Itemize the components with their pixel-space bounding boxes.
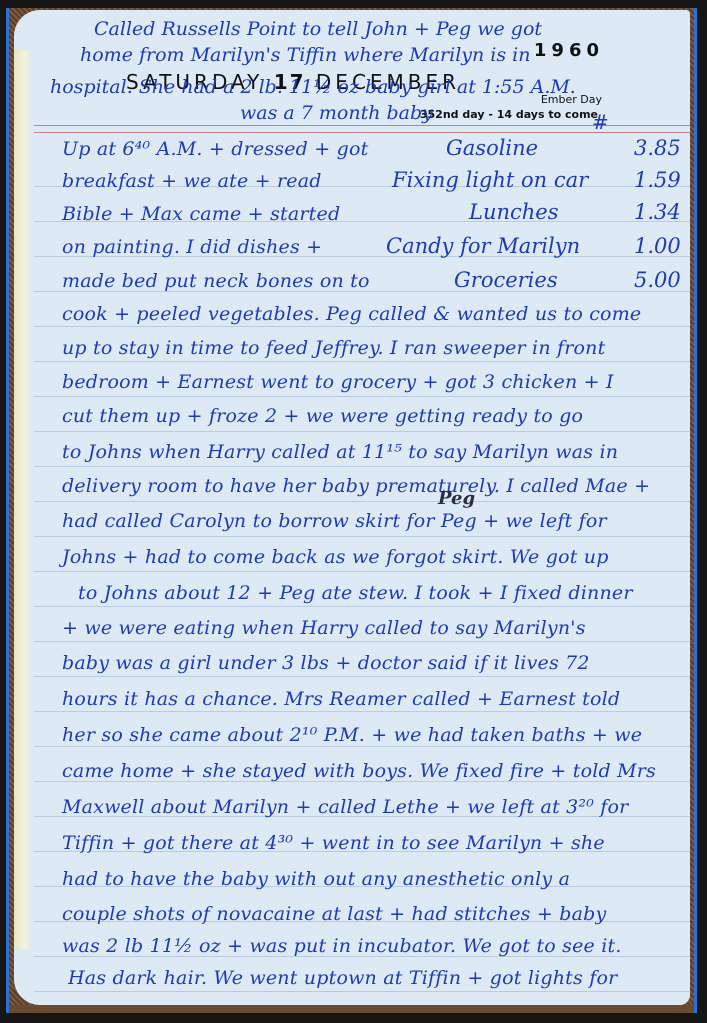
expense-amount: 1.59 xyxy=(634,168,681,192)
entry-line: had called Carolyn to borrow skirt for P… xyxy=(62,510,607,532)
header-note-line: Called Russells Point to tell John + Peg… xyxy=(94,18,542,40)
entry-line: on painting. I did dishes + xyxy=(62,236,322,258)
diary-page: 1960 SATURDAY 17 DECEMBER Ember Day 352n… xyxy=(14,10,690,1005)
entry-line: Up at 6⁴⁰ A.M. + dressed + got xyxy=(62,138,368,160)
entry-line: had to have the baby with out any anesth… xyxy=(62,868,570,890)
margin-mark: # xyxy=(592,110,609,134)
entry-line: Bible + Max came + started xyxy=(62,203,340,225)
entry-line: Johns + had to come back as we forgot sk… xyxy=(62,546,609,568)
entry-line: her so she came about 2¹⁰ P.M. + we had … xyxy=(62,724,642,746)
header-note-line: hospital. She had a 2 lb. 11½ oz baby gi… xyxy=(50,76,576,98)
entry-line: came home + she stayed with boys. We fix… xyxy=(62,760,656,782)
header-note-line: was a 7 month baby xyxy=(240,102,433,124)
entry-line: up to stay in time to feed Jeffrey. I ra… xyxy=(62,337,605,359)
expense-amount: 1.34 xyxy=(634,200,681,224)
entry-line: was 2 lb 11½ oz + was put in incubator. … xyxy=(62,935,622,957)
entry-line: breakfast + we ate + read xyxy=(62,170,322,192)
expense-label: Groceries xyxy=(454,268,558,292)
expense-label: Candy for Marilyn xyxy=(386,234,580,258)
expense-amount: 3.85 xyxy=(634,136,681,160)
entry-line: Tiffin + got there at 4³⁰ + went in to s… xyxy=(62,832,605,854)
expense-label: Fixing light on car xyxy=(392,168,588,192)
entry-line: delivery room to have her baby premature… xyxy=(62,475,650,497)
printed-day-count: 352nd day - 14 days to come xyxy=(420,108,598,121)
entry-line: cook + peeled vegetables. Peg called & w… xyxy=(62,303,641,325)
entry-line: couple shots of novacaine at last + had … xyxy=(62,903,606,925)
expense-amount: 1.00 xyxy=(634,234,681,258)
entry-line: Has dark hair. We went uptown at Tiffin … xyxy=(68,967,617,989)
entry-line: baby was a girl under 3 lbs + doctor sai… xyxy=(62,652,590,674)
expense-amount: 5.00 xyxy=(634,268,681,292)
right-frame-accent xyxy=(694,8,697,1013)
entry-line: + we were eating when Harry called to sa… xyxy=(62,617,586,639)
entry-line: to Johns when Harry called at 11¹⁵ to sa… xyxy=(62,441,618,463)
entry-line: cut them up + froze 2 + we were getting … xyxy=(62,405,583,427)
entry-line: to Johns about 12 + Peg ate stew. I took… xyxy=(78,582,633,604)
book-cover-bottom xyxy=(9,1005,695,1013)
expense-label: Lunches xyxy=(469,200,559,224)
expense-label: Gasoline xyxy=(446,136,538,160)
overwrite-note: Peg xyxy=(438,488,475,509)
entry-line: bedroom + Earnest went to grocery + got … xyxy=(62,371,614,393)
printed-year: 1960 xyxy=(534,40,604,61)
entry-line: Maxwell about Marilyn + called Lethe + w… xyxy=(62,796,628,818)
entry-line: hours it has a chance. Mrs Reamer called… xyxy=(62,688,620,710)
entry-line: made bed put neck bones on to xyxy=(62,270,370,292)
header-note-line: home from Marilyn's Tiffin where Marilyn… xyxy=(80,44,530,66)
page-edge xyxy=(14,50,32,950)
